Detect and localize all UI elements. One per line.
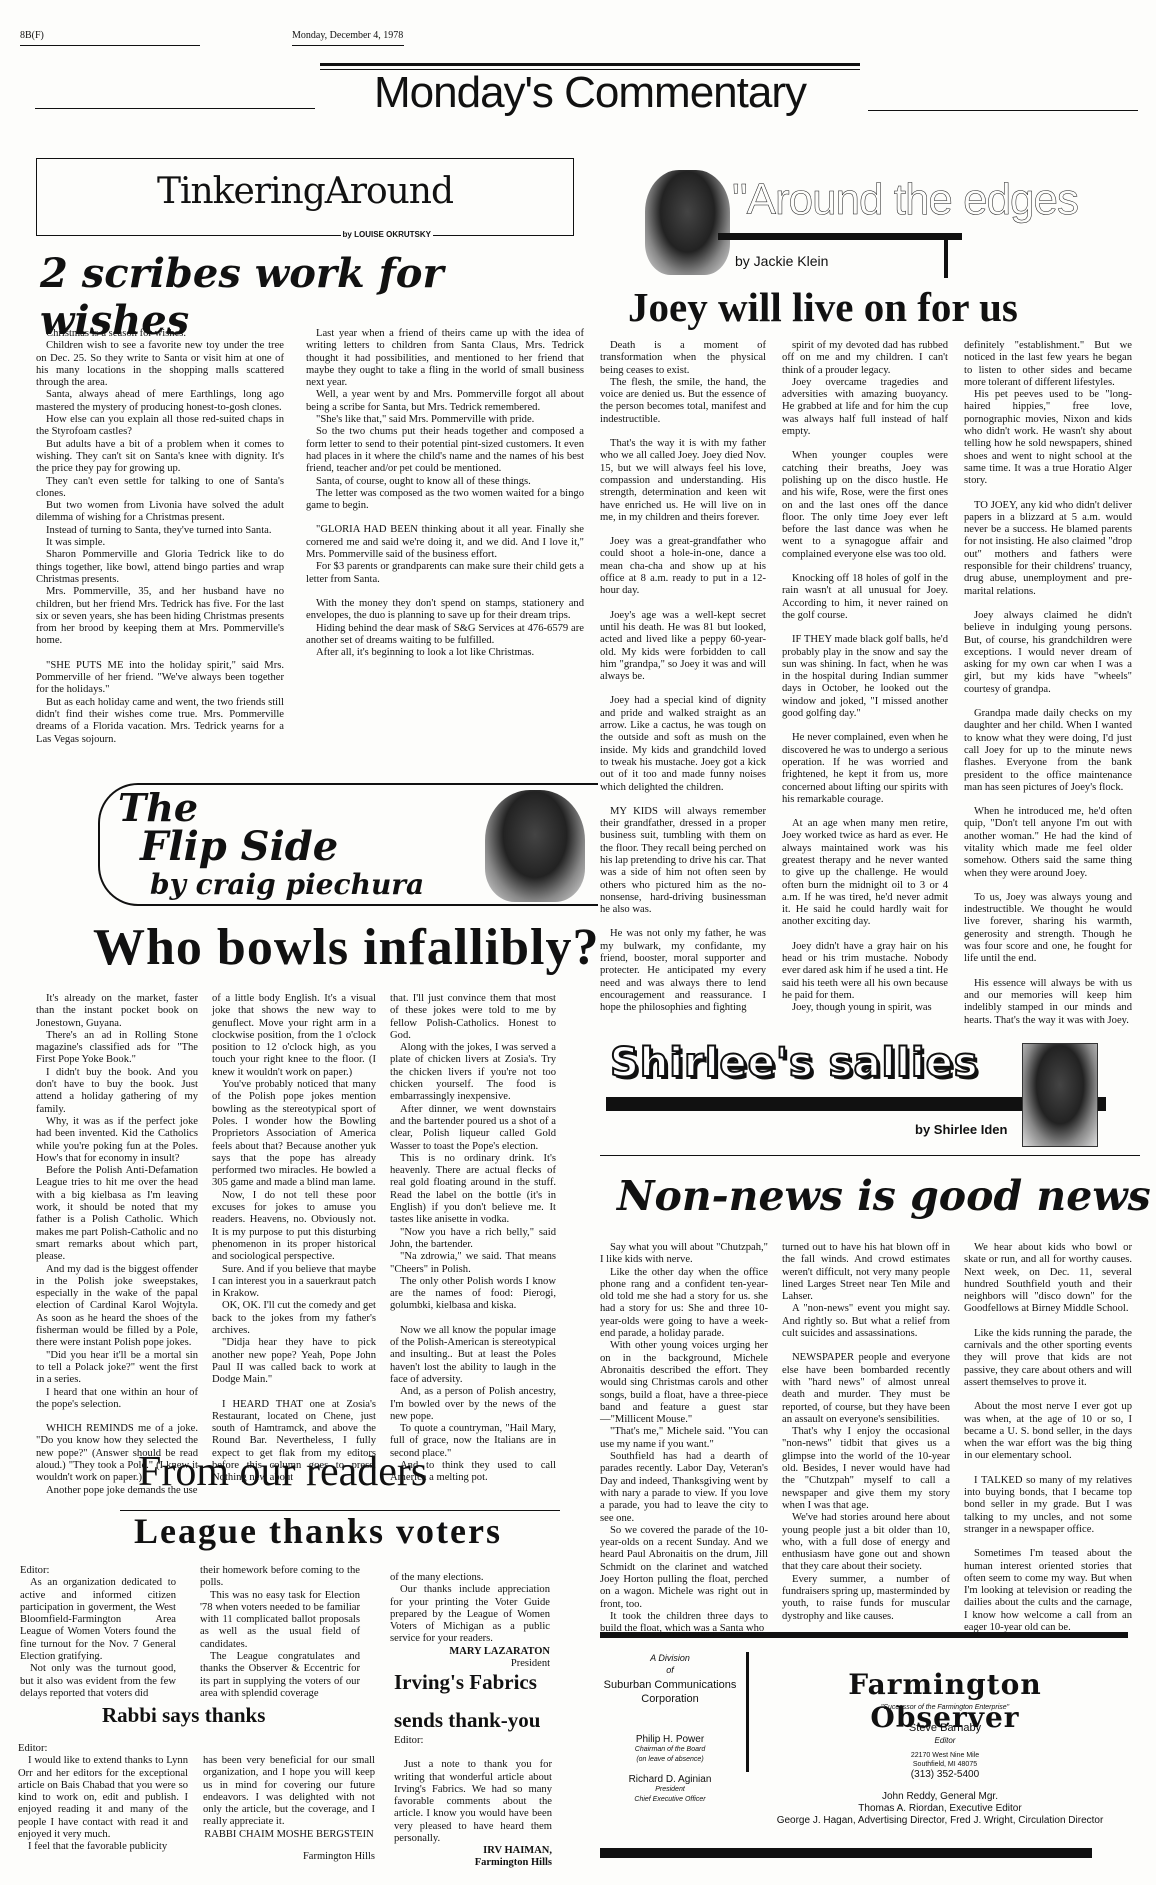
paragraph: has been very beneficial for our small o… — [203, 1755, 375, 1829]
salutation: Editor: — [20, 1565, 176, 1577]
location: Farmington Hills — [394, 1857, 552, 1869]
article-column-2: of a little body English. It's a visual … — [212, 993, 376, 1485]
paragraph: With other young voices urging her on in… — [600, 1340, 768, 1426]
paragraph: This was no easy task for Election '78 w… — [200, 1590, 360, 1651]
paragraph: MY KIDS will always remember their grand… — [600, 806, 766, 917]
paragraph: The flesh, the smile, the hand, the voic… — [600, 377, 766, 426]
paragraph: So the two chums put their heads togethe… — [306, 426, 584, 475]
headline: Rabbi says thanks — [102, 1703, 265, 1728]
officer-title: President — [600, 1785, 740, 1795]
folio-rule — [20, 45, 200, 46]
paragraph: Joey was a great-grandfather who could s… — [600, 536, 766, 597]
paragraph: Along with the jokes, I was served a pla… — [390, 1042, 556, 1103]
article-column-1: Say what you will about "Chutzpah," I li… — [600, 1242, 768, 1636]
paragraph: TO JOEY, any kid who didn't deliver pape… — [964, 500, 1132, 598]
paragraph: Sometimes I'm teased about the human int… — [964, 1548, 1132, 1634]
paragraph: Our thanks include appreciation for your… — [390, 1584, 550, 1645]
article-column-1: It's already on the market, faster than … — [36, 993, 198, 1497]
article-column-3: that. I'll just convince them that most … — [390, 993, 556, 1485]
section-title: From our readers — [138, 1448, 427, 1496]
corporation-name: Suburban Communications Corporation — [594, 1678, 746, 1706]
paragraph: When younger couples were catching their… — [782, 450, 948, 561]
column-name-line2: Flip Side — [140, 827, 338, 867]
column-name-line1: The — [118, 789, 198, 827]
headline: League thanks voters — [134, 1510, 502, 1552]
paragraph: It was simple. — [36, 537, 284, 549]
paragraph: Instead of turning to Santa, they've tur… — [36, 525, 284, 537]
paragraph: And, as a person of Polish ancestry, I'm… — [390, 1386, 556, 1423]
paragraph: At an age when many men retire, Joey wor… — [782, 818, 948, 929]
paragraph: Now we all know the popular image of the… — [390, 1325, 556, 1386]
paragraph: "SHE PUTS ME into the holiday spirit," s… — [36, 660, 284, 697]
paragraph: I didn't buy the book. And you don't hav… — [36, 1067, 198, 1116]
headline: Joey will live on for us — [628, 283, 1018, 331]
byline: by LOUISE OKRUTSKY — [341, 230, 433, 239]
division-line: of — [600, 1664, 740, 1676]
page-date: Monday, December 4, 1978 — [292, 30, 403, 41]
paragraph: Santa, of course, ought to know all of t… — [306, 476, 584, 488]
paragraph: This is no ordinary drink. It's heavenly… — [390, 1153, 556, 1227]
author-photo — [645, 170, 730, 275]
paragraph: Southfield has had a dearth of parades r… — [600, 1451, 768, 1525]
paragraph: Now, I do not tell these poor excuses fo… — [212, 1190, 376, 1264]
paragraph: The letter was composed as the two women… — [306, 488, 584, 513]
section-title: Monday's Commentary — [320, 68, 860, 118]
officer-title: Chief Executive Officer — [600, 1795, 740, 1805]
paragraph: The League congratulates and thanks the … — [200, 1651, 360, 1700]
paragraph: "Now you have a rich belly," said John, … — [390, 1227, 556, 1252]
paragraph: Death is a moment of transformation when… — [600, 340, 766, 377]
letter-column-2: their homework before coming to the poll… — [200, 1565, 360, 1700]
article-column-2: turned out to have his hat blown off in … — [782, 1242, 950, 1623]
masthead-bottom-bar — [600, 1848, 1092, 1858]
paragraph: Joey always claimed he didn't believe in… — [964, 610, 1132, 696]
byline: by Shirlee Iden — [915, 1122, 1007, 1137]
article-column-1: Christmas is a season for wishes. Childr… — [36, 328, 284, 746]
division-label: A Division of — [600, 1652, 740, 1676]
address-line-2: Southfield, MI 48075 — [770, 1761, 1120, 1768]
page-number: 8B(F) — [20, 30, 44, 41]
paragraph: He never complained, even when he discov… — [782, 732, 948, 806]
paragraph: Christmas is a season for wishes. — [36, 328, 284, 340]
masthead-divider — [746, 1652, 749, 1772]
paragraph: But two women from Livonia have solved t… — [36, 500, 284, 525]
paragraph: "She's like that," said Mrs. Pommerville… — [306, 414, 584, 426]
letter-column-1: Editor: As an organization dedicated to … — [20, 1565, 176, 1700]
paragraph: Grandpa made daily checks on my daughter… — [964, 708, 1132, 794]
paragraph: of the many elections. — [390, 1572, 550, 1584]
paragraph: turned out to have his hat blown off in … — [782, 1242, 950, 1303]
paragraph: We hear about kids who bowl or skate or … — [964, 1242, 1132, 1316]
paragraph: Not only was the turnout good, but it al… — [20, 1663, 176, 1700]
paragraph: You've probably noticed that many of the… — [212, 1079, 376, 1190]
paragraph: Before the Polish Anti-Defamation League… — [36, 1165, 198, 1263]
paragraph: For $3 parents or grandparents can make … — [306, 561, 584, 586]
banner-post — [944, 240, 948, 278]
letter-column-1: Editor: I would like to extend thanks to… — [18, 1743, 188, 1854]
column-name: TinkeringAround — [37, 171, 573, 212]
paragraph: After all, it's beginning to look a lot … — [306, 647, 584, 659]
paragraph: Say what you will about "Chutzpah," I li… — [600, 1242, 768, 1267]
paragraph: It's already on the market, faster than … — [36, 993, 198, 1030]
section-rule-left — [35, 108, 315, 109]
signature: RABBI CHAIM MOSHE BERGSTEIN — [203, 1829, 375, 1841]
article-column-3: definitely "establishment." But we notic… — [964, 340, 1132, 1027]
paragraph: OK, OK. I'll cut the comedy and get back… — [212, 1300, 376, 1337]
byline: by craig piechura — [150, 871, 424, 899]
paragraph: As an organization dedicated to active a… — [20, 1577, 176, 1663]
paragraph: Mrs. Pommerville, 35, and her husband ha… — [36, 586, 284, 647]
paragraph: Hiding behind the dear mask of S&G Servi… — [306, 623, 584, 648]
letter-column-3: of the many elections. Our thanks includ… — [390, 1572, 550, 1670]
paragraph: of a little body English. It's a visual … — [212, 993, 376, 1079]
paragraph: definitely "establishment." But we notic… — [964, 340, 1132, 389]
banner-rule — [600, 1155, 1140, 1156]
paragraph: I would like to extend thanks to Lynn Or… — [18, 1755, 188, 1841]
paragraph: That's why I enjoy the occasional "non-n… — [782, 1426, 950, 1512]
article-column-1: Death is a moment of transformation when… — [600, 340, 766, 1015]
paragraph: "GLORIA HAD BEEN thinking about it all y… — [306, 524, 584, 561]
article-column-2: spirit of my devoted dad has rubbed off … — [782, 340, 948, 1015]
paragraph: Well, a year went by and Mrs. Pommervill… — [306, 389, 584, 414]
salutation: Editor: — [18, 1743, 188, 1755]
column-name: Shirlee's sallies — [610, 1040, 979, 1086]
paragraph: Like the other day when the office phone… — [600, 1267, 768, 1341]
paragraph: So we covered the parade of the 10-year-… — [600, 1525, 768, 1611]
paragraph: I TALKED so many of my relatives into bu… — [964, 1475, 1132, 1536]
paragraph: "Didja hear they have to pick another ne… — [212, 1337, 376, 1386]
headline: Who bowls infallibly? — [93, 918, 599, 977]
editor-name: Steve Barnaby — [770, 1722, 1120, 1734]
author-photo — [485, 790, 585, 902]
letter-body: Editor: Just a note to thank you for wri… — [394, 1735, 552, 1869]
column-name: "Around the edges — [732, 175, 1078, 225]
top-rule — [320, 63, 860, 66]
paragraph: IF THEY made black golf balls, he'd prob… — [782, 634, 948, 720]
paragraph: They can't even settle for talking to on… — [36, 476, 284, 501]
paragraph: I feel that the favorable publicity — [18, 1841, 188, 1853]
column-banner: TinkeringAround by LOUISE OKRUTSKY — [36, 158, 574, 236]
headline-line: Irving's Fabrics — [394, 1663, 540, 1701]
paragraph: The only other Polish words I know are t… — [390, 1276, 556, 1313]
paragraph: "That's me," Michele said. "You can use … — [600, 1426, 768, 1451]
article-column-3: We hear about kids who bowl or skate or … — [964, 1242, 1132, 1634]
corp-line: Suburban Communications — [594, 1678, 746, 1692]
paragraph: Why, it was as if the perfect joke had b… — [36, 1116, 198, 1165]
paragraph: His pet peeves used to be "long-haired h… — [964, 389, 1132, 487]
corp-line: Corporation — [594, 1692, 746, 1706]
paragraph: After dinner, we went downstairs and the… — [390, 1104, 556, 1153]
salutation: Editor: — [394, 1735, 552, 1747]
signature: IRV HAIMAN, — [394, 1845, 552, 1857]
signature: MARY LAZARATON — [390, 1646, 550, 1658]
staff-line-1: John Reddy, General Mgr. — [740, 1791, 1140, 1802]
paragraph: Joey, though young in spirit, was — [782, 1002, 948, 1014]
byline: by Jackie Klein — [735, 253, 828, 269]
officer-list: Philip H. Power Chairman of the Board (o… — [600, 1735, 740, 1805]
headline: Non-news is good news — [617, 1172, 1151, 1220]
paragraph: Sure. And if you believe that maybe I ca… — [212, 1264, 376, 1301]
section-rule-right — [868, 110, 1138, 111]
paragraph: But adults have a bit of a problem when … — [36, 439, 284, 476]
paragraph: Joey had a special kind of dignity and p… — [600, 695, 766, 793]
paragraph: A "non-news" event you might say. And ri… — [782, 1303, 950, 1340]
banner-bar — [718, 233, 962, 240]
paragraph: Sharon Pommerville and Gloria Tedrick li… — [36, 549, 284, 586]
officer-name: Richard D. Aginian — [600, 1775, 740, 1785]
folio-rule — [292, 45, 404, 46]
paragraph: Santa, always ahead of mere Earthlings, … — [36, 389, 284, 414]
paragraph: How else can you explain all those red-s… — [36, 414, 284, 439]
masthead-top-bar — [600, 1632, 1128, 1638]
paragraph: We've had stories around here about youn… — [782, 1512, 950, 1573]
paragraph: Just a note to thank you for writing tha… — [394, 1759, 552, 1845]
headline-line: sends thank-you — [394, 1701, 540, 1739]
division-line: A Division — [600, 1652, 740, 1664]
paragraph: Knocking off 18 holes of golf in the rai… — [782, 573, 948, 622]
paragraph: Joey's age was a well-kept secret until … — [600, 610, 766, 684]
paragraph: He was not only my father, he was my bul… — [600, 928, 766, 1014]
paragraph: There's an ad in Rolling Stone magazine'… — [36, 1030, 198, 1067]
paragraph: When he introduced me, he'd often quip, … — [964, 806, 1132, 880]
location: Farmington Hills — [203, 1851, 375, 1863]
paragraph: "Na zdrowia," we said. That means "Cheer… — [390, 1251, 556, 1276]
phone-number: (313) 352-5400 — [770, 1769, 1120, 1780]
tagline: "Successor of the Farmington Enterprise" — [770, 1704, 1120, 1711]
paragraph: "Did you hear it'll be a mortal sin to t… — [36, 1350, 198, 1387]
article-column-2: Last year when a friend of theirs came u… — [306, 328, 584, 659]
paragraph: spirit of my devoted dad has rubbed off … — [782, 340, 948, 377]
staff-line-3: George J. Hagan, Advertising Director, F… — [740, 1815, 1140, 1826]
paragraph: About the most nerve I ever got up was w… — [964, 1401, 1132, 1462]
paragraph: With the money they don't spend on stamp… — [306, 598, 584, 623]
letter-column-2: has been very beneficial for our small o… — [203, 1755, 375, 1863]
officer-title: (on leave of absence) — [600, 1755, 740, 1765]
paragraph: To us, Joey was always young and indestr… — [964, 892, 1132, 966]
staff-line-2: Thomas A. Riordan, Executive Editor — [740, 1803, 1140, 1814]
paragraph: And my dad is the biggest offender in th… — [36, 1264, 198, 1350]
officer-title: Chairman of the Board — [600, 1745, 740, 1755]
paragraph: That's the way it is with my father who … — [600, 438, 766, 524]
author-photo — [1022, 1043, 1098, 1147]
paragraph: Last year when a friend of theirs came u… — [306, 328, 584, 389]
paragraph: their homework before coming to the poll… — [200, 1565, 360, 1590]
paragraph: that. I'll just convince them that most … — [390, 993, 556, 1042]
paragraph: I heard that one within an hour of the p… — [36, 1387, 198, 1412]
headline: Irving's Fabrics sends thank-you — [394, 1663, 540, 1739]
paragraph: His essence will always be with us and o… — [964, 978, 1132, 1027]
paragraph: NEWSPAPER people and everyone else have … — [782, 1352, 950, 1426]
paragraph: Joey overcame tragedies and adversities … — [782, 377, 948, 438]
editor-title: Editor — [770, 1736, 1120, 1745]
paragraph: Like the kids running the parade, the ca… — [964, 1328, 1132, 1389]
paragraph: Children wish to see a favorite new toy … — [36, 340, 284, 389]
paragraph: Every summer, a number of fundraisers sp… — [782, 1574, 950, 1623]
address-line-1: 22170 West Nine Mile — [770, 1752, 1120, 1759]
paragraph: Joey didn't have a gray hair on his head… — [782, 941, 948, 1002]
column-banner: The Flip Side by craig piechura — [98, 783, 598, 906]
paragraph: But as each holiday came and went, the t… — [36, 697, 284, 746]
officer-name: Philip H. Power — [600, 1735, 740, 1745]
